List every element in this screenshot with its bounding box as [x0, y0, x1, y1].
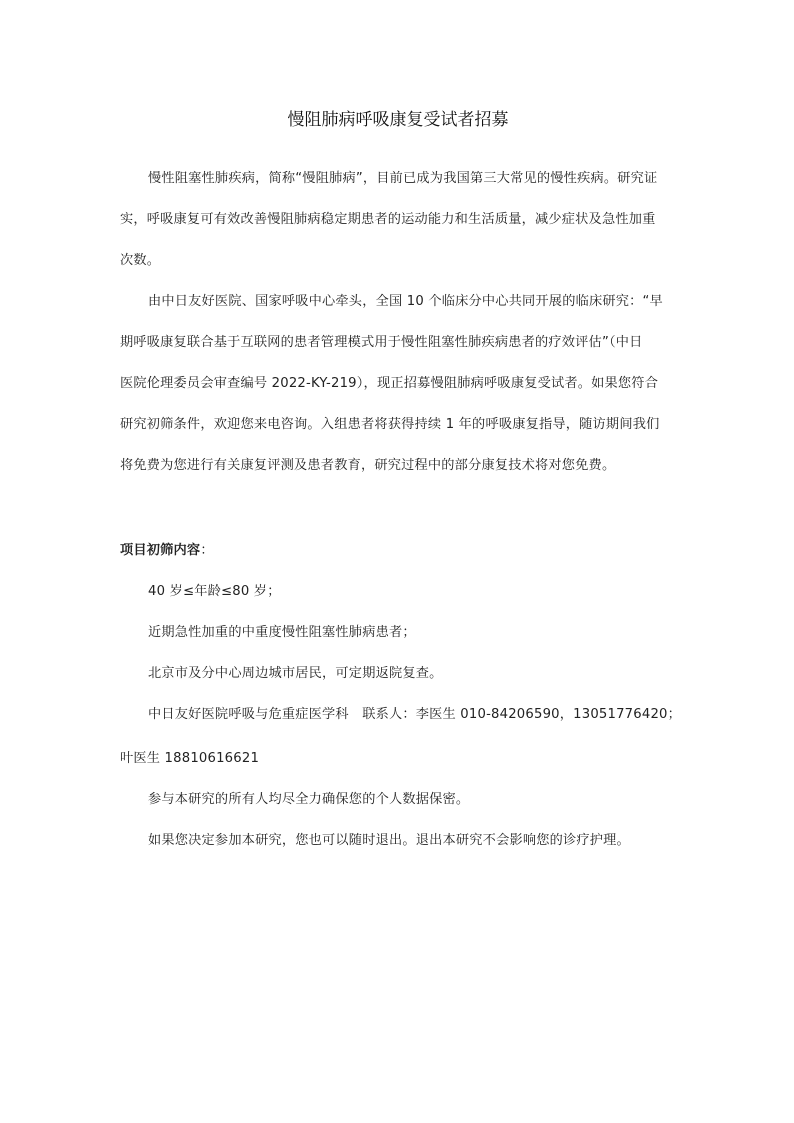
study-line-2: 期呼吸康复联合基于互联网的患者管理模式用于慢性阻塞性肺疾病患者的疗效评估”（中日: [120, 334, 643, 352]
screening-heading-text: 项目初筛内容: [120, 543, 200, 558]
contact-line-1: 中日友好医院呼吸与危重症医学科 联系人：李医生 010-84206590，130…: [148, 706, 681, 724]
study-line-5: 将免费为您进行有关康复评测及患者教育，研究过程中的部分康复技术将对您免费。: [120, 457, 615, 475]
privacy-statement: 参与本研究的所有人均尽全力确保您的个人数据保密。: [148, 791, 469, 809]
criterion-disease: 近期急性加重的中重度慢性阻塞性肺病患者；: [148, 624, 416, 642]
contact-line-2: 叶医生 18810616621: [120, 750, 259, 768]
withdrawal-statement: 如果您决定参加本研究，您也可以随时退出。退出本研究不会影响您的诊疗护理。: [148, 832, 630, 850]
intro-line-1: 慢性阻塞性肺疾病，简称“慢阻肺病”，目前已成为我国第三大常见的慢性疾病。研究证: [148, 170, 657, 188]
intro-line-2: 实，呼吸康复可有效改善慢阻肺病稳定期患者的运动能力和生活质量，减少症状及急性加重: [120, 211, 656, 229]
study-line-3: 医院伦理委员会审查编号 2022-KY-219），现正招募慢阻肺病呼吸康复受试者…: [120, 375, 658, 393]
document-title: 慢阻肺病呼吸康复受试者招募: [120, 105, 676, 130]
study-line-1: 由中日友好医院、国家呼吸中心牵头，全国 10 个临床分中心共同开展的临床研究：“…: [148, 293, 663, 311]
study-line-4: 研究初筛条件，欢迎您来电咨询。入组患者将获得持续 1 年的呼吸康复指导，随访期间…: [120, 416, 659, 434]
criterion-residence: 北京市及分中心周边城市居民，可定期返院复查。: [148, 665, 443, 683]
screening-heading-colon: ：: [200, 543, 213, 558]
criterion-age: 40 岁≤年龄≤80 岁；: [148, 583, 281, 601]
screening-heading: 项目初筛内容：: [120, 542, 214, 560]
intro-line-3: 次数。: [120, 252, 160, 270]
